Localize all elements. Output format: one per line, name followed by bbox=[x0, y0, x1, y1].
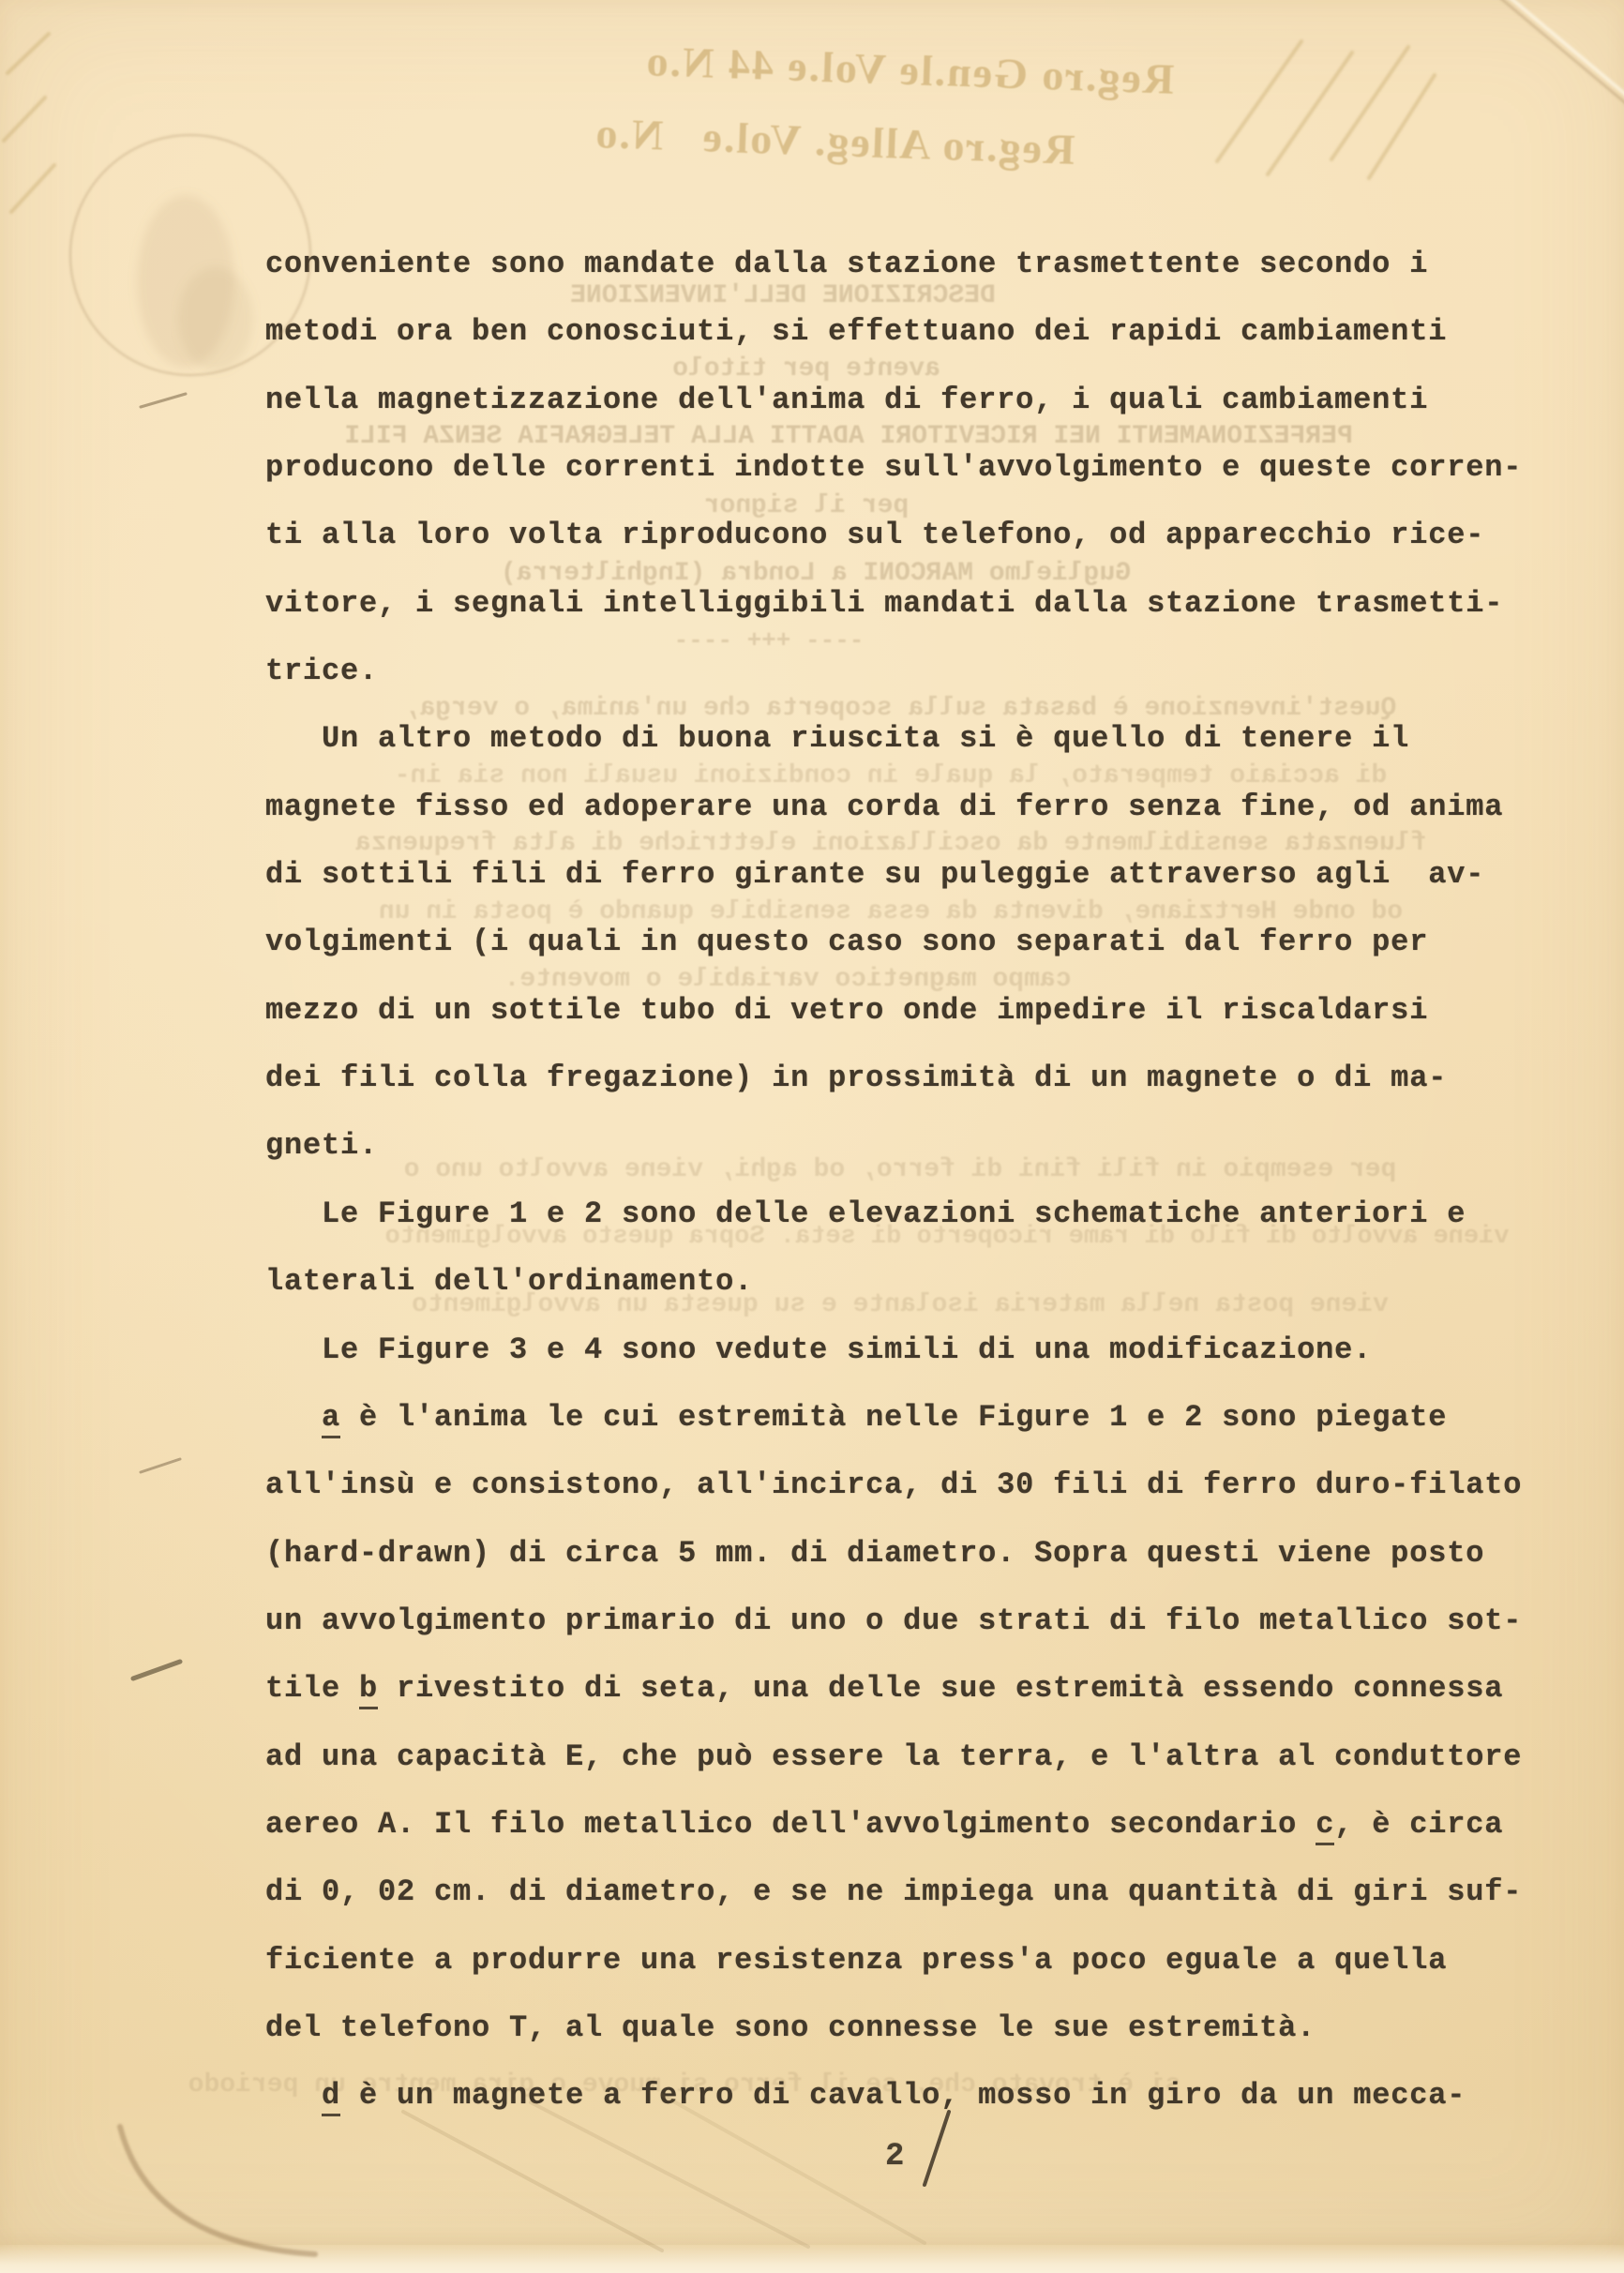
typed-line: trice. bbox=[265, 638, 1597, 705]
scanned-document: { "document": { "page_number": "2", "reg… bbox=[0, 0, 1624, 2273]
typed-line: tile b rivestito di seta, una delle sue … bbox=[265, 1655, 1597, 1723]
typed-line: volgimenti (i quali in questo caso sono … bbox=[265, 909, 1597, 976]
typed-line: d è un magnete a ferro di cavallo, mosso… bbox=[265, 2062, 1597, 2130]
typed-line: nella magnetizzazione dell'anima di ferr… bbox=[265, 367, 1597, 434]
typed-line: Le Figure 1 e 2 sono delle elevazioni sc… bbox=[265, 1181, 1597, 1248]
typed-line: a è l'anima le cui estremità nelle Figur… bbox=[265, 1384, 1597, 1452]
typed-line: dei fili colla fregazione) in prossimità… bbox=[265, 1045, 1597, 1112]
typed-line: conveniente sono mandate dalla stazione … bbox=[265, 231, 1597, 298]
typed-line: aereo A. Il filo metallico dell'avvolgim… bbox=[265, 1791, 1597, 1859]
typed-line: magnete fisso ed adoperare una corda di … bbox=[265, 774, 1597, 841]
typed-line: di 0, 02 cm. di diametro, e se ne impieg… bbox=[265, 1859, 1597, 1926]
typed-line: Un altro metodo di buona riuscita si è q… bbox=[265, 705, 1597, 773]
typed-line: (hard-drawn) di circa 5 mm. di diametro.… bbox=[265, 1520, 1597, 1588]
typed-line: ti alla loro volta riproducono sul telef… bbox=[265, 502, 1597, 569]
page-number: 2 bbox=[885, 2127, 905, 2187]
typed-body-text: conveniente sono mandate dalla stazione … bbox=[265, 231, 1597, 2130]
typed-line: ficiente a produrre una resistenza press… bbox=[265, 1927, 1597, 1995]
typed-line: di sottili fili di ferro girante su pule… bbox=[265, 841, 1597, 909]
underlined-reference-letter: a bbox=[322, 1400, 340, 1438]
typed-line: del telefono T, al quale sono connesse l… bbox=[265, 1995, 1597, 2062]
typed-line: metodi ora ben conosciuti, si effettuano… bbox=[265, 298, 1597, 366]
underlined-reference-letter: b bbox=[359, 1671, 378, 1709]
typed-line: vitore, i segnali intelliggibili mandati… bbox=[265, 570, 1597, 638]
typed-line: all'insù e consistono, all'incirca, di 3… bbox=[265, 1452, 1597, 1519]
underlined-reference-letter: d bbox=[322, 2078, 340, 2116]
typed-line: ad una capacità E, che può essere la ter… bbox=[265, 1724, 1597, 1791]
typed-line: laterali dell'ordinamento. bbox=[265, 1248, 1597, 1316]
underlined-reference-letter: c bbox=[1316, 1807, 1334, 1845]
typed-line: un avvolgimento primario di uno o due st… bbox=[265, 1588, 1597, 1655]
typed-line: mezzo di un sottile tubo di vetro onde i… bbox=[265, 977, 1597, 1045]
typed-line: producono delle correnti indotte sull'av… bbox=[265, 434, 1597, 502]
typed-line: Le Figure 3 e 4 sono vedute simili di un… bbox=[265, 1317, 1597, 1384]
typed-line: gneti. bbox=[265, 1112, 1597, 1180]
